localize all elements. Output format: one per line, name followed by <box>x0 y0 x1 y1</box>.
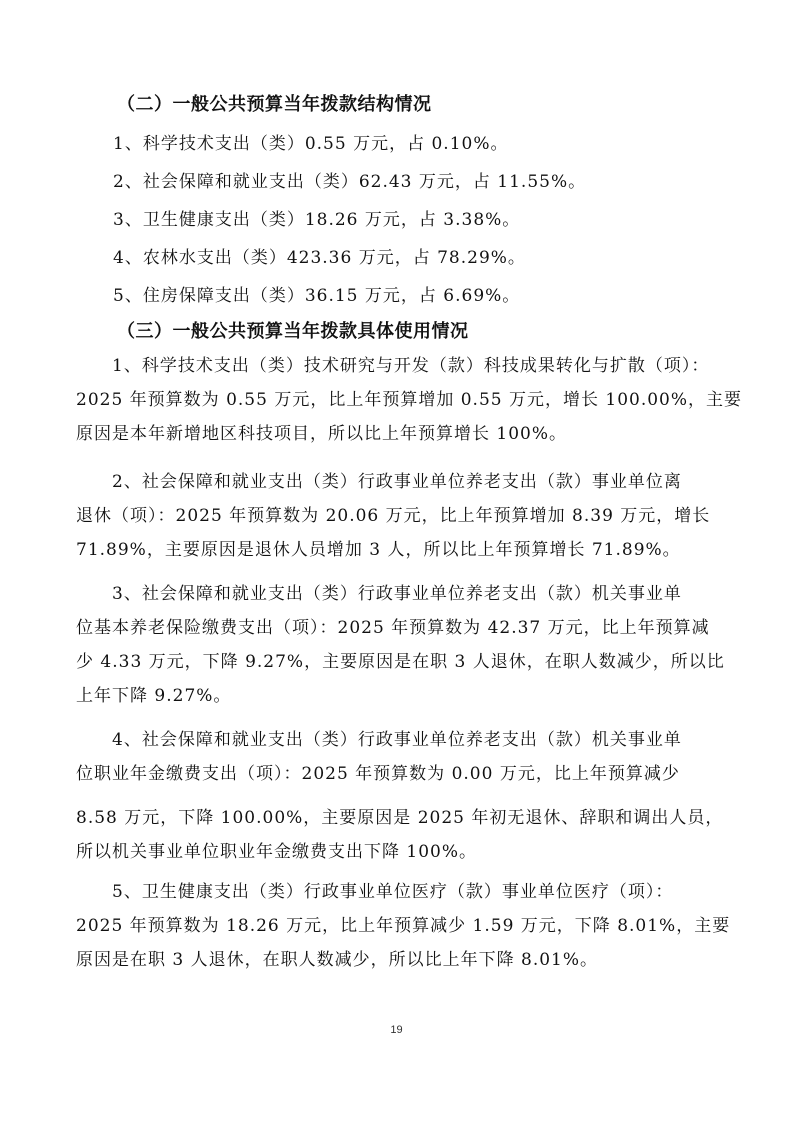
paragraph-line: 所以机关事业单位职业年金缴费支出下降 100%。 <box>76 835 716 869</box>
paragraph-line: 2、社会保障和就业支出（类）行政事业单位养老支出（款）事业单位离 <box>76 465 716 499</box>
paragraph-line: 71.89%，主要原因是退休人员增加 3 人，所以比上年预算增长 71.89%。 <box>76 533 716 567</box>
page-number: 19 <box>0 1024 793 1036</box>
list-item: 2、社会保障和就业支出（类）62.43 万元，占 11.55%。 <box>113 167 586 192</box>
list-item: 3、卫生健康支出（类）18.26 万元，占 3.38%。 <box>113 205 520 230</box>
paragraph-line: 2025 年预算数为 18.26 万元，比上年预算减少 1.59 万元，下降 8… <box>76 909 716 943</box>
list-item: 4、农林水支出（类）423.36 万元，占 78.29%。 <box>113 243 526 268</box>
paragraph: 5、卫生健康支出（类）行政事业单位医疗（款）事业单位医疗（项）： 2025 年预… <box>76 875 716 977</box>
paragraph-line: 3、社会保障和就业支出（类）行政事业单位养老支出（款）机关事业单 <box>76 577 716 611</box>
paragraph: 1、科学技术支出（类）技术研究与开发（款）科技成果转化与扩散（项）： 2025 … <box>76 349 716 451</box>
paragraph: 2、社会保障和就业支出（类）行政事业单位养老支出（款）事业单位离 退休（项）：2… <box>76 465 716 567</box>
paragraph-line: 2025 年预算数为 0.55 万元，比上年预算增加 0.55 万元，增长 10… <box>76 383 716 417</box>
section-heading-allocation-usage: （三）一般公共预算当年拨款具体使用情况 <box>117 317 469 343</box>
list-item: 5、住房保障支出（类）36.15 万元，占 6.69%。 <box>113 281 520 306</box>
list-item: 1、科学技术支出（类）0.55 万元，占 0.10%。 <box>113 129 508 154</box>
section-heading-allocation-structure: （二）一般公共预算当年拨款结构情况 <box>117 90 432 116</box>
paragraph-line: 少 4.33 万元，下降 9.27%，主要原因是在职 3 人退休，在职人数减少，… <box>76 645 716 679</box>
paragraph-line: 位职业年金缴费支出（项）：2025 年预算数为 0.00 万元，比上年预算减少 <box>76 757 716 791</box>
paragraph-line: 退休（项）：2025 年预算数为 20.06 万元，比上年预算增加 8.39 万… <box>76 499 716 533</box>
paragraph-line: 5、卫生健康支出（类）行政事业单位医疗（款）事业单位医疗（项）： <box>76 875 716 909</box>
paragraph-line: 4、社会保障和就业支出（类）行政事业单位养老支出（款）机关事业单 <box>76 723 716 757</box>
document-page: （二）一般公共预算当年拨款结构情况 1、科学技术支出（类）0.55 万元，占 0… <box>0 0 793 1122</box>
paragraph: 3、社会保障和就业支出（类）行政事业单位养老支出（款）机关事业单 位基本养老保险… <box>76 577 716 713</box>
paragraph-line: 上年下降 9.27%。 <box>76 679 716 713</box>
paragraph-line: 原因是在职 3 人退休，在职人数减少，所以比上年下降 8.01%。 <box>76 943 716 977</box>
paragraph-line: 位基本养老保险缴费支出（项）：2025 年预算数为 42.37 万元，比上年预算… <box>76 611 716 645</box>
paragraph-line: 原因是本年新增地区科技项目，所以比上年预算增长 100%。 <box>76 417 716 451</box>
paragraph: 4、社会保障和就业支出（类）行政事业单位养老支出（款）机关事业单 位职业年金缴费… <box>76 723 716 869</box>
paragraph-line: 1、科学技术支出（类）技术研究与开发（款）科技成果转化与扩散（项）： <box>76 349 716 383</box>
paragraph-line: 8.58 万元，下降 100.00%，主要原因是 2025 年初无退休、辞职和调… <box>76 801 716 835</box>
